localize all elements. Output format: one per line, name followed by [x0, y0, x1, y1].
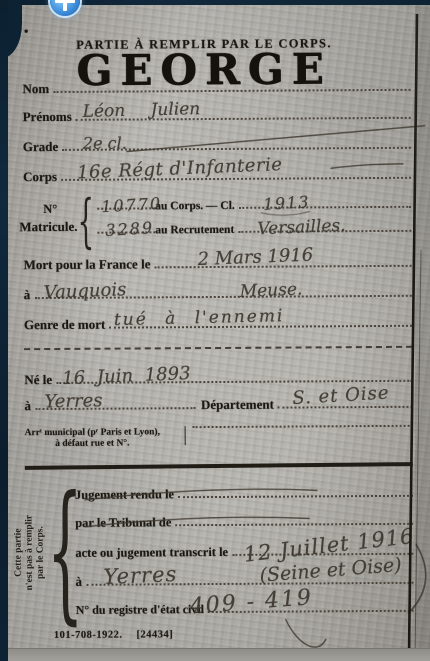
- grade-row: Grade: [23, 138, 411, 154]
- recrutement-place-handwriting: Versailles.: [257, 216, 346, 240]
- transcrit-label: acte ou jugement transcrit le: [75, 545, 228, 560]
- print-code: 101-708-1922.: [54, 630, 123, 641]
- print-ref: [24434]: [136, 629, 173, 640]
- scan-left-edge: [0, 0, 8, 661]
- prenoms-label: Prénoms: [23, 110, 72, 124]
- naissance-place-prefix: à: [24, 399, 31, 413]
- dotted-leader: [178, 495, 413, 498]
- nom-row: Nom: [22, 80, 410, 96]
- arrondissement-label-line2: à défaut rue et N°.: [25, 438, 160, 449]
- dotted-leader: [193, 425, 413, 428]
- grade-label: Grade: [23, 140, 58, 154]
- mort-place-handwriting: Vauquois: [43, 279, 126, 303]
- classe-handwriting: 1913: [263, 192, 311, 214]
- tribunal-label: par le Tribunal de: [75, 515, 171, 530]
- registre-label: N° du registre d'état civil: [76, 602, 204, 617]
- naissance-place-handwriting: Yerres: [44, 390, 103, 412]
- nom-label: Nom: [22, 82, 49, 96]
- naissance-label: Né le: [24, 373, 52, 387]
- continuation-line: [24, 346, 412, 350]
- mort-departement-handwriting: Meuse.: [239, 279, 302, 302]
- prenoms-handwriting: Léon Julien: [82, 99, 200, 122]
- matricule-label-line1: N°: [43, 202, 57, 216]
- matricule-corps-handwriting: 10770: [101, 194, 163, 217]
- sidebar-note-line1: Cette partie: [14, 514, 25, 590]
- genre-handwriting: tué à l'ennemi: [114, 306, 285, 330]
- matricule-brace: {: [75, 195, 95, 247]
- scanned-document-viewer: PARTIE À REMPLIR PAR LE CORPS. GEORGE No…: [0, 0, 430, 661]
- matricule-label-line2: Matricule.: [19, 220, 77, 234]
- sidebar-note-line3: par le Corps.: [36, 514, 47, 590]
- grade-handwriting: 2e cl.: [83, 134, 127, 153]
- jugement-rendu-label: Jugement rendu le: [75, 487, 174, 502]
- form-content: PARTIE À REMPLIR PAR LE CORPS. GEORGE No…: [0, 0, 430, 661]
- genre-label: Genre de mort: [24, 318, 105, 332]
- matricule-recrutement-handwriting: 3289: [105, 218, 155, 240]
- arrondissement-bracket: [185, 426, 186, 445]
- adjacent-page-tint: [415, 4, 430, 649]
- transcrit-place-prefix: à: [75, 575, 82, 589]
- mort-label: Mort pour la France le: [24, 257, 151, 272]
- prenoms-row: Prénoms: [23, 108, 411, 124]
- transcrit-place-handwriting: Yerres: [103, 562, 178, 589]
- dotted-leader: [53, 89, 410, 93]
- arrondissement-label: Arrᵗ municipal (pʳ Paris et Lyon), à déf…: [25, 427, 160, 449]
- jugement-brace: {: [53, 485, 78, 619]
- corps-label: Corps: [23, 170, 57, 184]
- sidebar-note-line2: n'est pas à remplir: [25, 514, 36, 590]
- tribunal-row: par le Tribunal de: [75, 514, 413, 530]
- sidebar-note-text: Cette partie n'est pas à remplir par le …: [14, 514, 47, 590]
- arrondissement-label-line1: Arrᵗ municipal (pʳ Paris et Lyon),: [25, 427, 160, 438]
- matricule-corps-suffix: au Corps. — Cl.: [155, 200, 235, 212]
- print-code-block: 101-708-1922.[24434]: [54, 629, 187, 641]
- section-divider: [25, 462, 413, 469]
- scan-bottom-edge: [8, 648, 430, 661]
- departement-label: Département: [201, 398, 274, 412]
- recrutement-label: au Recrutement: [155, 224, 234, 236]
- dotted-leader: [175, 523, 413, 526]
- arrondissement-row: [193, 425, 413, 431]
- mort-place-prefix: à: [24, 288, 31, 302]
- ink-speck: [24, 29, 27, 32]
- jugement-rendu-row: Jugement rendu le: [75, 486, 413, 502]
